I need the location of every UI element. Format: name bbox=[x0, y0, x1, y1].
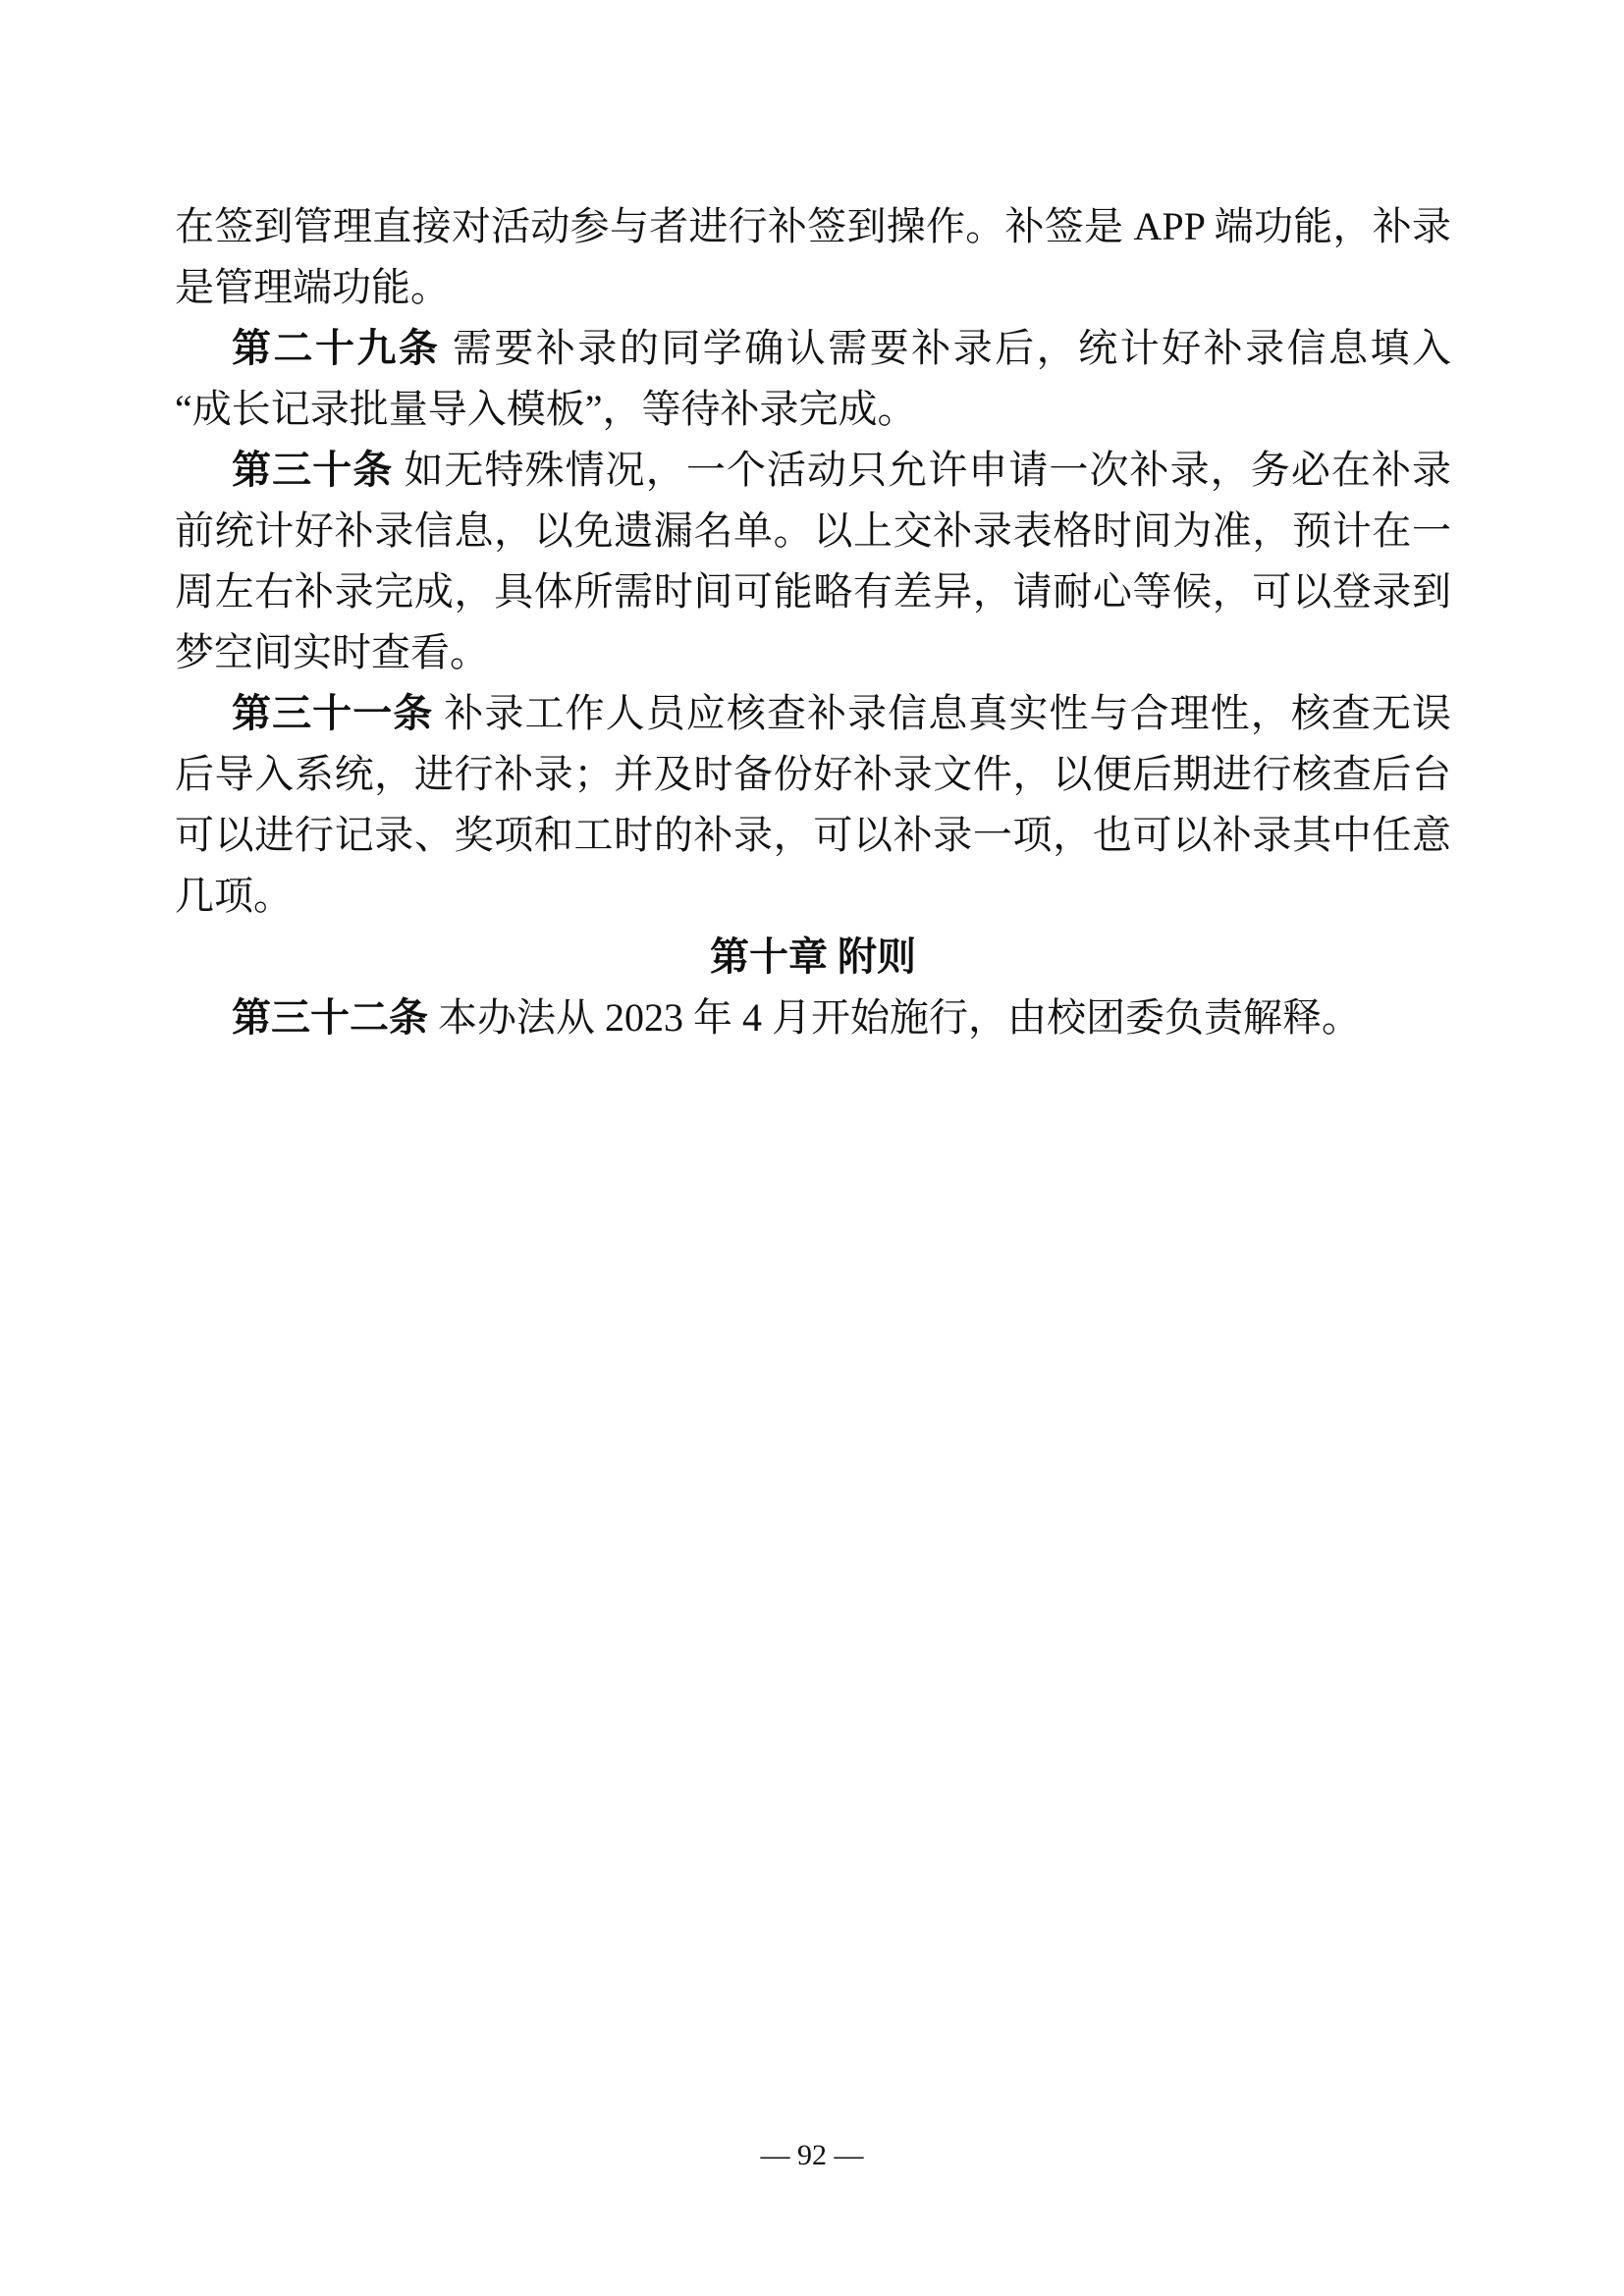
article-number-label: 第三十一条 bbox=[232, 691, 433, 735]
article-number-label: 第十章 附则 bbox=[710, 934, 916, 979]
paragraph-sign-in-management-line: 在签到管理直接对活动参与者进行补签到操作。补签是 APP 端功能，补录 bbox=[175, 196, 1451, 257]
body-text-segment: “成长记录批量导入模板”，等待补录完成。 bbox=[175, 387, 917, 431]
page-footer: — 92 — bbox=[0, 2136, 1624, 2175]
page-number: — 92 — bbox=[761, 2139, 864, 2171]
body-text-segment: 后导入系统，进行补录；并及时备份好补录文件，以便后期进行核查后台 bbox=[175, 752, 1451, 796]
paragraph-article-30-line: 周左右补录完成，具体所需时间可能略有差异，请耐心等候，可以登录到 bbox=[175, 561, 1451, 622]
paragraph-article-31-line: 第三十一条 补录工作人员应核查补录信息真实性与合理性，核查无误 bbox=[175, 683, 1451, 744]
body-text-segment: 几项。 bbox=[175, 874, 293, 918]
paragraph-article-29-line: 第二十九条 需要补录的同学确认需要补录后，统计好补录信息填入 bbox=[175, 318, 1451, 379]
chapter-10-heading-line: 第十章 附则 bbox=[175, 927, 1451, 988]
body-text-segment: 周左右补录完成，具体所需时间可能略有差异，请耐心等候，可以登录到 bbox=[175, 569, 1451, 614]
paragraph-article-32-line: 第三十二条 本办法从 2023 年 4 月开始施行，由校团委负责解释。 bbox=[175, 988, 1451, 1048]
paragraph-article-29-line: “成长记录批量导入模板”，等待补录完成。 bbox=[175, 379, 1451, 440]
body-text-segment: 补录工作人员应核查补录信息真实性与合理性，核查无误 bbox=[433, 691, 1451, 735]
paragraph-article-30-line: 前统计好补录信息，以免遗漏名单。以上交补录表格时间为准，预计在一 bbox=[175, 501, 1451, 561]
paragraph-article-31-line: 可以进行记录、奖项和工时的补录，可以补录一项，也可以补录其中任意 bbox=[175, 805, 1451, 866]
paragraph-sign-in-management-line: 是管理端功能。 bbox=[175, 257, 1451, 318]
paragraph-article-30-line: 梦空间实时查看。 bbox=[175, 622, 1451, 683]
article-number-label: 第三十条 bbox=[232, 448, 393, 492]
article-number-label: 第二十九条 bbox=[232, 326, 440, 370]
body-text-segment: 是管理端功能。 bbox=[175, 265, 450, 309]
body-text-segment: 需要补录的同学确认需要补录后，统计好补录信息填入 bbox=[440, 326, 1451, 370]
paragraph-article-30-line: 第三十条 如无特殊情况，一个活动只允许申请一次补录，务必在补录 bbox=[175, 440, 1451, 501]
body-text-segment: 本办法从 2023 年 4 月开始施行，由校团委负责解释。 bbox=[428, 995, 1361, 1040]
body-text-segment: 前统计好补录信息，以免遗漏名单。以上交补录表格时间为准，预计在一 bbox=[175, 508, 1451, 553]
paragraph-article-31-line: 后导入系统，进行补录；并及时备份好补录文件，以便后期进行核查后台 bbox=[175, 744, 1451, 805]
paragraph-article-31-line: 几项。 bbox=[175, 866, 1451, 927]
body-text-segment: 如无特殊情况，一个活动只允许申请一次补录，务必在补录 bbox=[393, 448, 1451, 492]
body-text-segment: 可以进行记录、奖项和工时的补录，可以补录一项，也可以补录其中任意 bbox=[175, 813, 1451, 857]
body-text-segment: 梦空间实时查看。 bbox=[175, 630, 489, 674]
document-page: 在签到管理直接对活动参与者进行补签到操作。补签是 APP 端功能，补录是管理端功… bbox=[0, 0, 1624, 2296]
article-number-label: 第三十二条 bbox=[232, 995, 428, 1040]
document-body: 在签到管理直接对活动参与者进行补签到操作。补签是 APP 端功能，补录是管理端功… bbox=[175, 196, 1451, 1048]
body-text-segment: 在签到管理直接对活动参与者进行补签到操作。补签是 APP 端功能，补录 bbox=[175, 204, 1451, 248]
